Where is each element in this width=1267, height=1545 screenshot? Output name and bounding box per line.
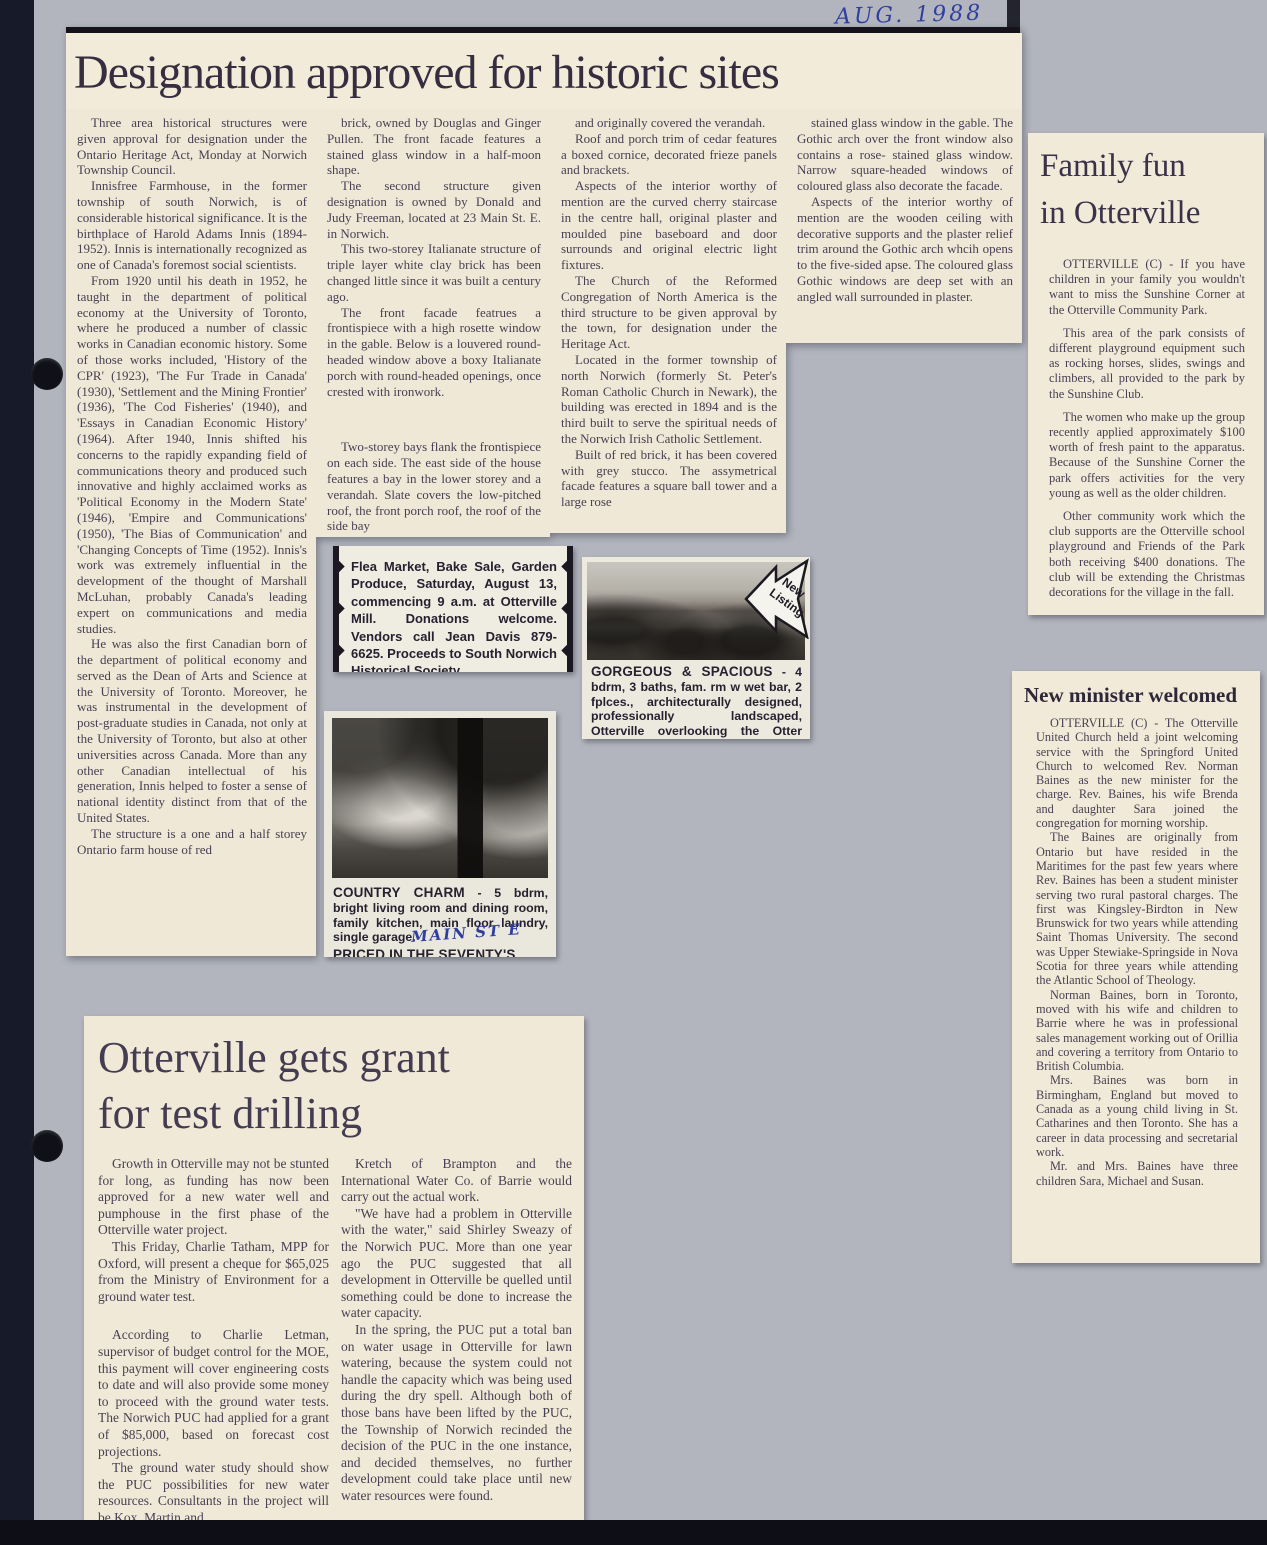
drilling-headline: Otterville gets grant for test drilling [84,1016,584,1150]
article-column-4: stained glass window in the gable. The G… [786,109,1022,343]
article-paragraph: stained glass window in the gable. The G… [797,115,1013,194]
article-paragraph: From 1920 until his death in 1952, he ta… [77,273,307,636]
page-bottom-edge [0,1520,1267,1545]
article-headline-block: Designation approved for historic sites [66,33,1022,109]
article-paragraph: OTTERVILLE (C) - If you have children in… [1049,257,1245,318]
article-paragraph: "We have had a problem in Otterville wit… [341,1206,572,1322]
article-paragraph: Other community work which the club supp… [1049,509,1245,600]
article-paragraph: Aspects of the interior worthy of mentio… [797,194,1013,305]
drilling-column-1: Growth in Otterville may not be stunted … [98,1156,329,1526]
article-paragraph: According to Charlie Letman, supervisor … [98,1327,329,1460]
handwritten-date: AUG. 1988 [835,0,1036,30]
article-headline: Designation approved for historic sites [66,33,1022,100]
clipping-family-fun: Family fun in Otterville OTTERVILLE (C) … [1028,133,1264,615]
house-photo [332,718,548,878]
article-paragraph: The women who make up the group recently… [1049,410,1245,501]
clipping-gorgeous-spacious-ad: New Listing GORGEOUS & SPACIOUS - 4 bdrm… [582,557,810,739]
hole-punch [31,358,63,390]
article-paragraph: Located in the former township of north … [561,352,777,447]
article-paragraph: Kretch of Brampton and the International… [341,1156,572,1206]
article-paragraph: The Baines are originally from Ontario b… [1036,830,1238,987]
article-paragraph: The ground water study should show the P… [98,1460,329,1526]
article-paragraph: and originally covered the verandah. [561,115,777,131]
article-paragraph: The second structure given designation i… [327,178,541,241]
new-listing-banner: New Listing [743,557,810,639]
article-paragraph: He was also the first Canadian born of t… [77,636,307,826]
article-paragraph: Three area historical structures were gi… [77,115,307,178]
article-paragraph: Roof and porch trim of cedar features a … [561,131,777,178]
page-left-edge [0,0,34,1545]
article-paragraph: Two-storey bays flank the frontispiece o… [327,439,541,534]
new-minister-title: New minister welcomed [1012,671,1260,712]
article-paragraph: The Church of the Reformed Congregation … [561,273,777,352]
article-paragraph: OTTERVILLE (C) - The Otterville United C… [1036,716,1238,830]
article-paragraph: Mrs. Baines was born in Birmingham, Engl… [1036,1073,1238,1159]
family-fun-title-line1: Family fun [1040,148,1186,184]
clipping-flea-market-ad: Flea Market, Bake Sale, Garden Produce, … [333,546,573,672]
article-paragraph: Mr. and Mrs. Baines have three children … [1036,1159,1238,1188]
country-charm-price-line: PRICED IN THE SEVENTY'S [324,947,556,957]
article-paragraph: This two-storey Italianate structure of … [327,241,541,304]
gorgeous-ad-title: GORGEOUS & SPACIOUS [591,664,773,679]
article-paragraph: This area of the park consists of differ… [1049,326,1245,402]
article-column-2: brick, owned by Douglas and Ginger Pulle… [316,109,550,537]
article-column-1: Three area historical structures were gi… [66,109,316,956]
article-paragraph: brick, owned by Douglas and Ginger Pulle… [327,115,541,178]
article-paragraph: Innisfree Farmhouse, in the former towns… [77,178,307,273]
clipping-test-drilling: Otterville gets grant for test drilling … [84,1016,584,1545]
article-paragraph: Norman Baines, born in Toronto, moved wi… [1036,988,1238,1074]
house-photo: New Listing [587,562,805,660]
gorgeous-ad-caption: GORGEOUS & SPACIOUS - 4 bdrm, 3 baths, f… [582,663,810,739]
article-paragraph: This Friday, Charlie Tatham, MPP for Oxf… [98,1239,329,1305]
family-fun-title: Family fun in Otterville [1028,133,1264,237]
clipping-new-minister: New minister welcomed OTTERVILLE (C) - T… [1012,671,1260,1263]
hole-punch [31,1130,63,1162]
clipping-country-charm-ad: COUNTRY CHARM - 5 bdrm, bright living ro… [324,711,556,957]
drilling-headline-line2: for test drilling [98,1089,362,1138]
article-paragraph: The structure is a one and a half storey… [77,826,307,858]
scrapbook-page: AUG. 1988 Designation approved for histo… [0,0,1267,1545]
article-column-3: and originally covered the verandah. Roo… [550,109,786,533]
article-paragraph: The front facade featrues a frontispiece… [327,305,541,400]
drilling-column-2: Kretch of Brampton and the International… [341,1156,572,1526]
family-fun-title-line2: in Otterville [1040,195,1200,231]
article-paragraph: Growth in Otterville may not be stunted … [98,1156,329,1239]
article-paragraph: In the spring, the PUC put a total ban o… [341,1322,572,1505]
drilling-headline-line1: Otterville gets grant [98,1033,450,1082]
flea-market-ad-text: Flea Market, Bake Sale, Garden Produce, … [339,546,567,672]
article-paragraph: Aspects of the interior worthy of mentio… [561,178,777,273]
country-charm-title: COUNTRY CHARM [333,885,465,900]
article-paragraph: Built of red brick, it has been covered … [561,447,777,510]
